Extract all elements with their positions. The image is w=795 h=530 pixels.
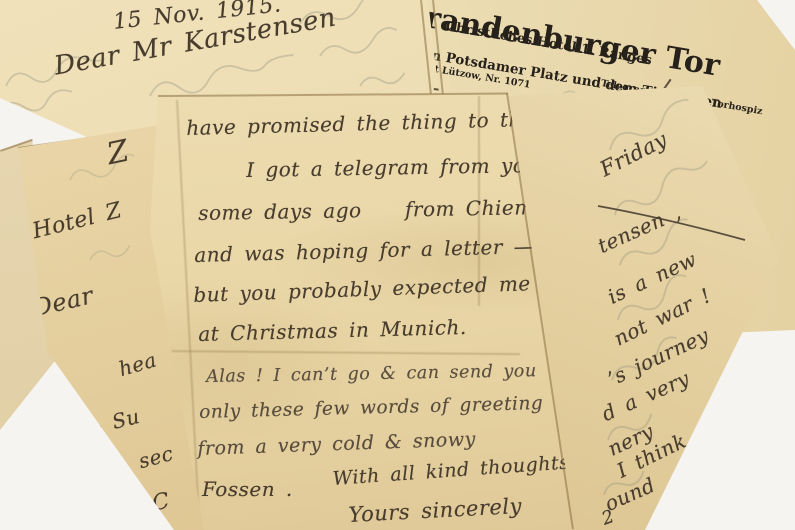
letter-line: I got a telegram from you [246, 153, 539, 182]
letter-line: With all kind thoughts, [332, 451, 577, 490]
signature-line: Yours sincerely [348, 494, 522, 527]
left-fragment: - Su [92, 404, 142, 438]
letter-line: have promised the thing to them. [186, 106, 561, 140]
fold-crease-horizontal [160, 350, 520, 355]
left-fragment: Hotel Z [30, 198, 124, 244]
letter-line: from a very cold & snowy [197, 428, 476, 460]
letter-line: Alas ! I can’t go & can send you [206, 361, 537, 387]
letter-line: but you probably expected me [193, 271, 531, 307]
left-fragment: Z [104, 134, 132, 173]
letter-line: at Christmas in Munich. [198, 315, 467, 346]
right-fragment: tensen , [594, 200, 685, 258]
letters-photograph: randenburger Tor Christliches Hotel 1. R… [0, 0, 795, 530]
left-fragment: C [150, 488, 172, 516]
letter-line: some days ago from Chiemsee [198, 195, 569, 225]
left-fragment: hea [116, 347, 159, 381]
letter-line: and was hoping for a letter — [194, 234, 535, 267]
letter-line: only these few words of greeting [199, 393, 543, 423]
left-fragment: sec [136, 441, 176, 473]
letter-line: Fossen . [202, 477, 293, 501]
right-fragment: Friday [596, 127, 671, 181]
